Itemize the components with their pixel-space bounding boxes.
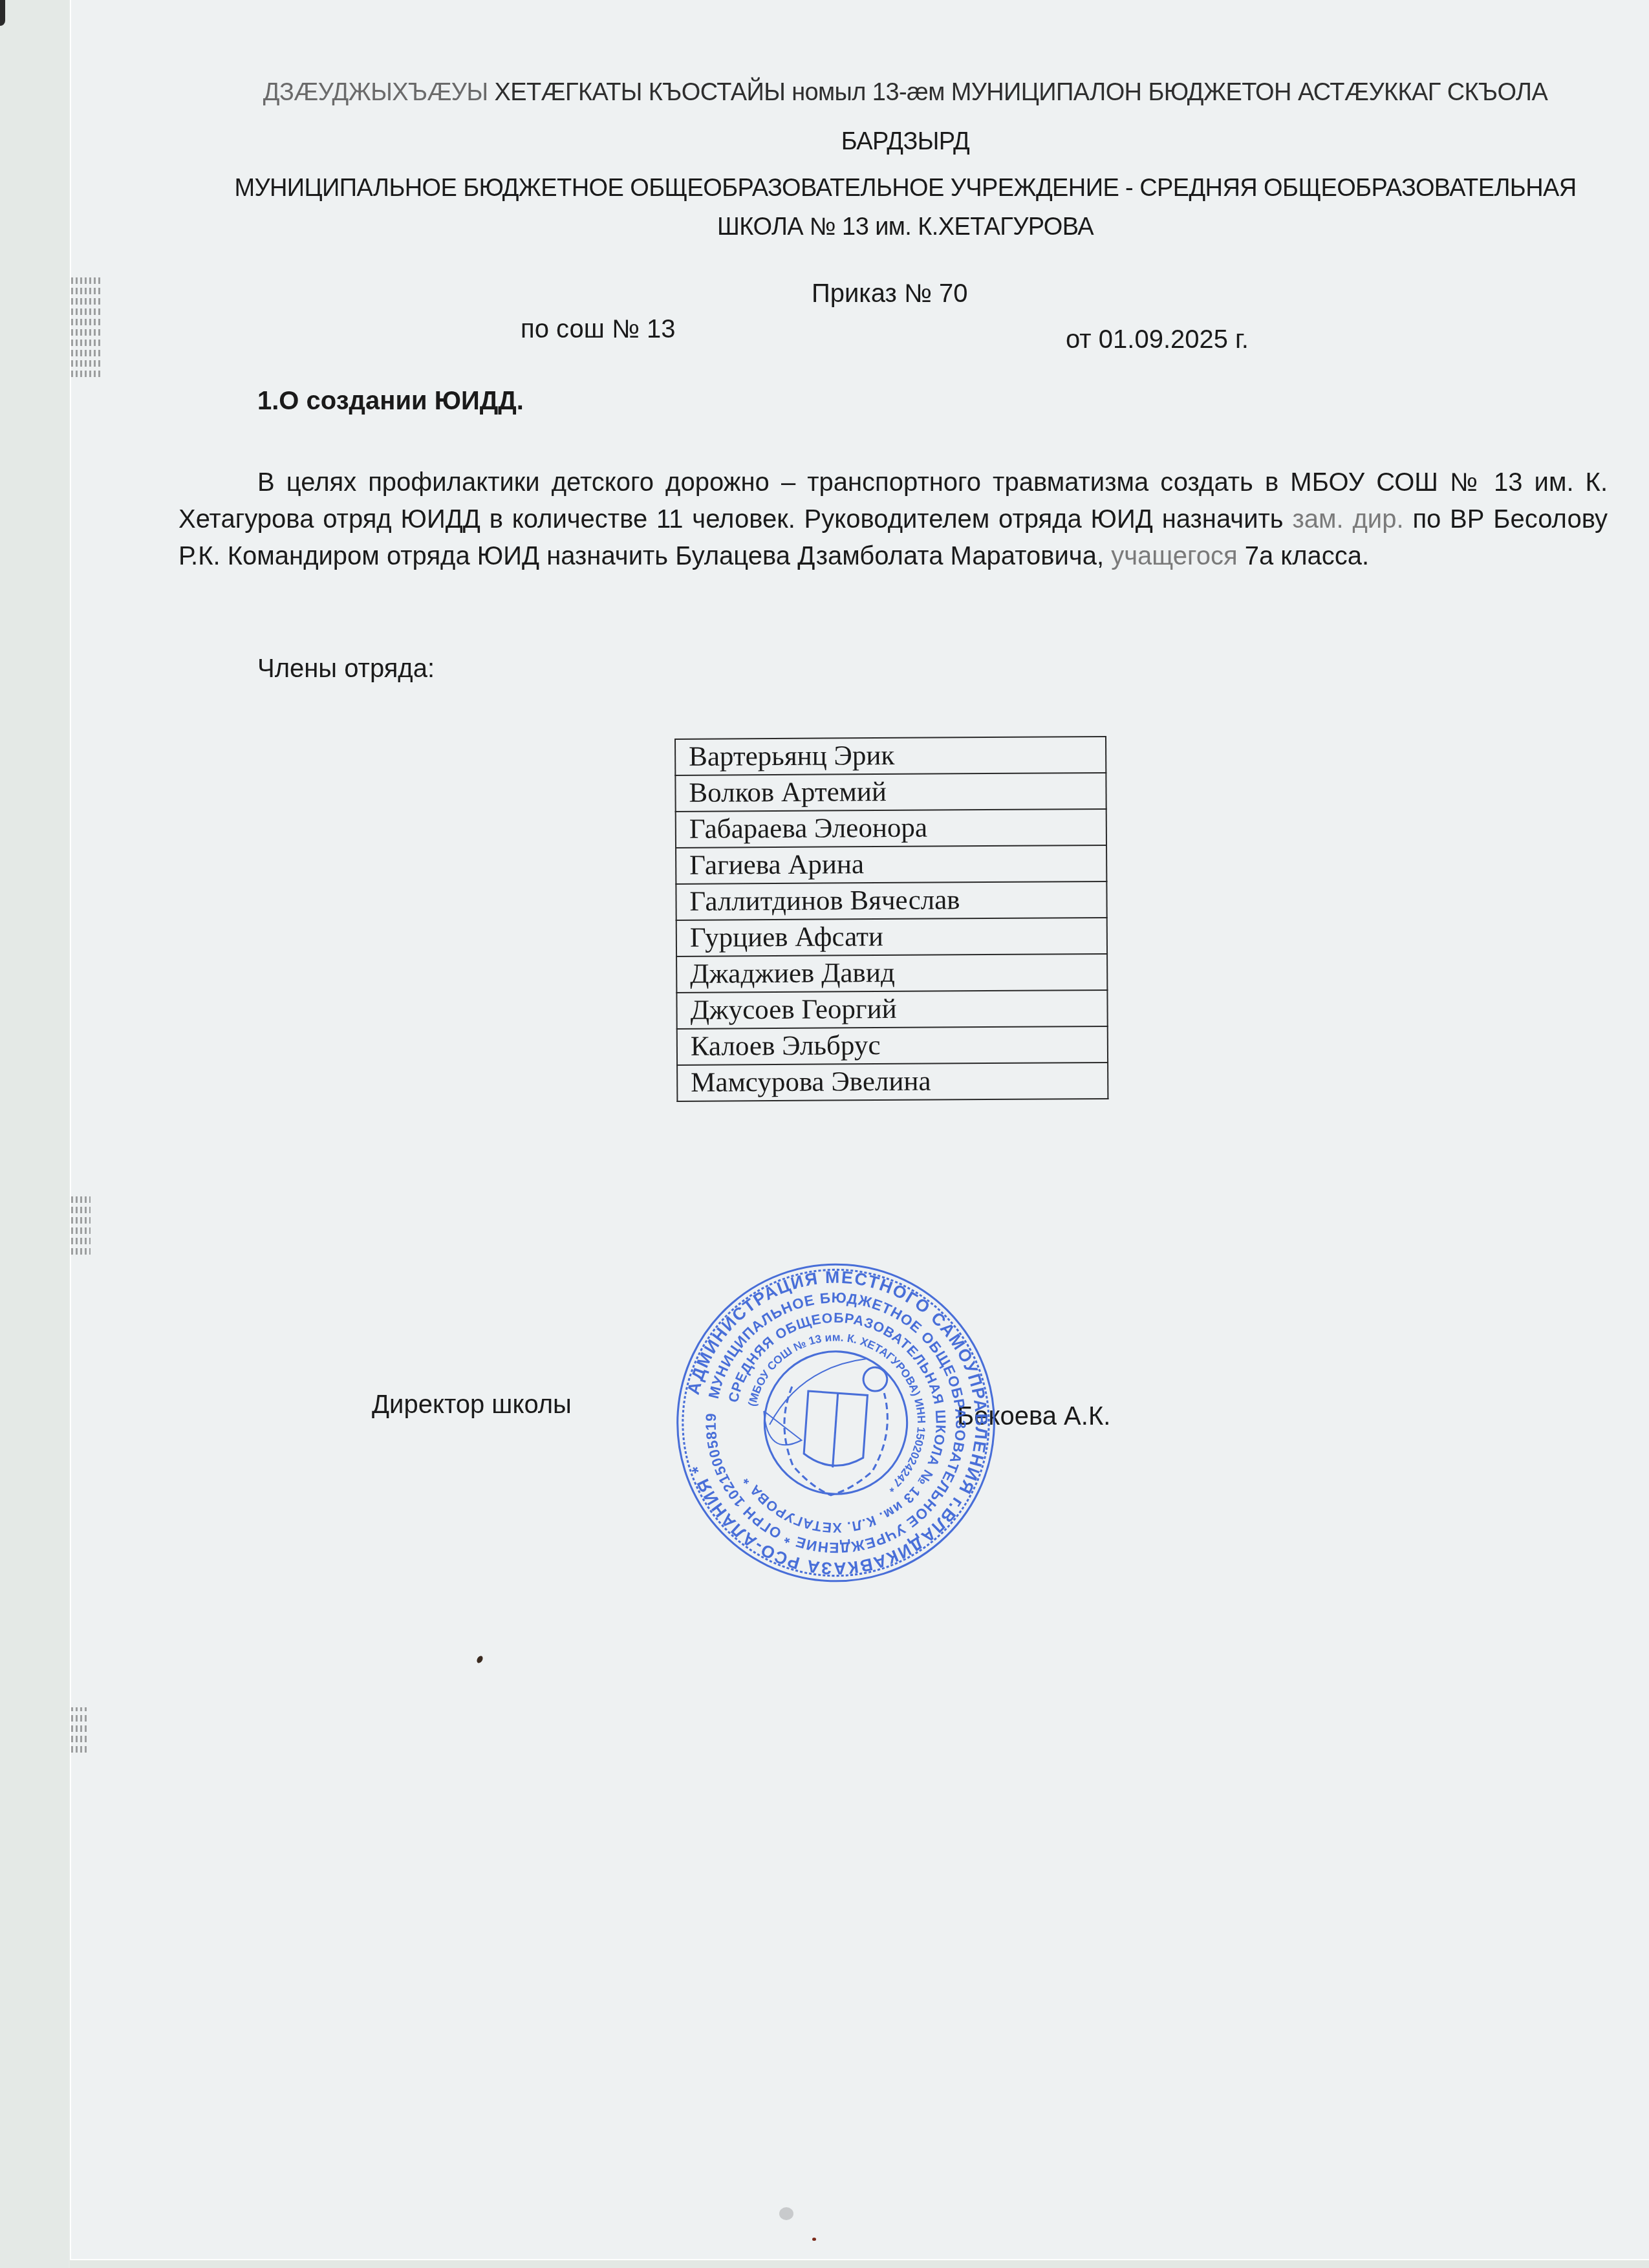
header-russian-line: МУНИЦИПАЛЬНОЕ БЮДЖЕТНОЕ ОБЩЕОБРАЗОВАТЕЛЬ… [194,173,1617,203]
member-name: Волков Артемий [675,773,1106,812]
members-table: Вартерьянц ЭрикВолков АртемийГабараева Э… [674,736,1108,1102]
member-row: Джаджиев Давид [676,954,1107,993]
member-name: Джусоев Георгий [676,990,1107,1029]
member-row: Вартерьянц Эрик [675,737,1106,775]
member-name: Мамсурова Эвелина [677,1063,1108,1101]
scanner-bottom-edge [70,2259,1649,2268]
header-ossetian-line: ДЗÆУДЖЫХЪÆУЫ ХЕТÆГКАТЫ КЪОСТАЙЫ номыл 13… [194,78,1617,107]
paragraph-faded-1: зам. дир. [1293,505,1404,534]
header-school-name: ШКОЛА № 13 им. К.ХЕТАГУРОВА [194,212,1617,242]
header-ossetian-line-2: БАРДЗЫРД [194,127,1617,157]
header-ossetian-faded: ДЗÆУДЖЫХЪÆУЫ [263,79,488,106]
member-name: Калоев Эльбрус [677,1026,1108,1065]
member-row: Мамсурова Эвелина [677,1063,1108,1101]
printer-smudge [71,1707,88,1753]
printer-smudge [71,277,101,377]
member-name: Гурциев Афсати [676,918,1107,956]
paragraph-faded-2: учащегося [1111,542,1237,570]
member-name: Галлитдинов Вячеслав [676,881,1106,920]
section-heading: 1.О создании ЮИДД. [257,387,524,416]
paragraph-part-3: 7а класса. [1238,542,1370,570]
member-row: Гурциев Афсати [676,918,1107,956]
official-stamp: АДМИНИСТРАЦИЯ МЕСТНОГО САМОУПРАВЛЕНИЯ г.… [655,1246,1017,1599]
coat-of-arms-icon [759,1352,892,1498]
order-school: по сош № 13 [521,315,675,344]
member-row: Джусоев Георгий [676,990,1107,1029]
paper-speck [812,2238,816,2241]
member-row: Волков Артемий [675,773,1106,812]
member-row: Габараева Элеонора [676,809,1106,848]
signature-title: Директор школы [372,1390,572,1420]
order-title: Приказ № 70 [812,279,967,308]
stamp-seal-icon: АДМИНИСТРАЦИЯ МЕСТНОГО САМОУПРАВЛЕНИЯ г.… [655,1246,1017,1599]
paper-speck [779,2207,793,2220]
member-row: Гагиева Арина [676,845,1106,884]
member-name: Габараева Элеонора [676,809,1106,848]
printer-smudge [71,1196,91,1255]
member-row: Калоев Эльбрус [677,1026,1108,1065]
member-name: Джаджиев Давид [676,954,1107,993]
header-ossetian-rest: ХЕТÆГКАТЫ КЪОСТАЙЫ номыл 13-æм МУНИЦИПАЛ… [488,79,1547,106]
order-date: от 01.09.2025 г. [1066,325,1249,354]
member-row: Галлитдинов Вячеслав [676,881,1106,920]
document-page [70,0,1649,2263]
order-body-paragraph: В целях профилактики детского дорожно – … [178,464,1608,575]
member-name: Гагиева Арина [676,845,1106,884]
member-name: Вартерьянц Эрик [675,737,1106,775]
members-label: Члены отряда: [257,654,435,684]
scanner-bed-edge [0,0,69,2268]
